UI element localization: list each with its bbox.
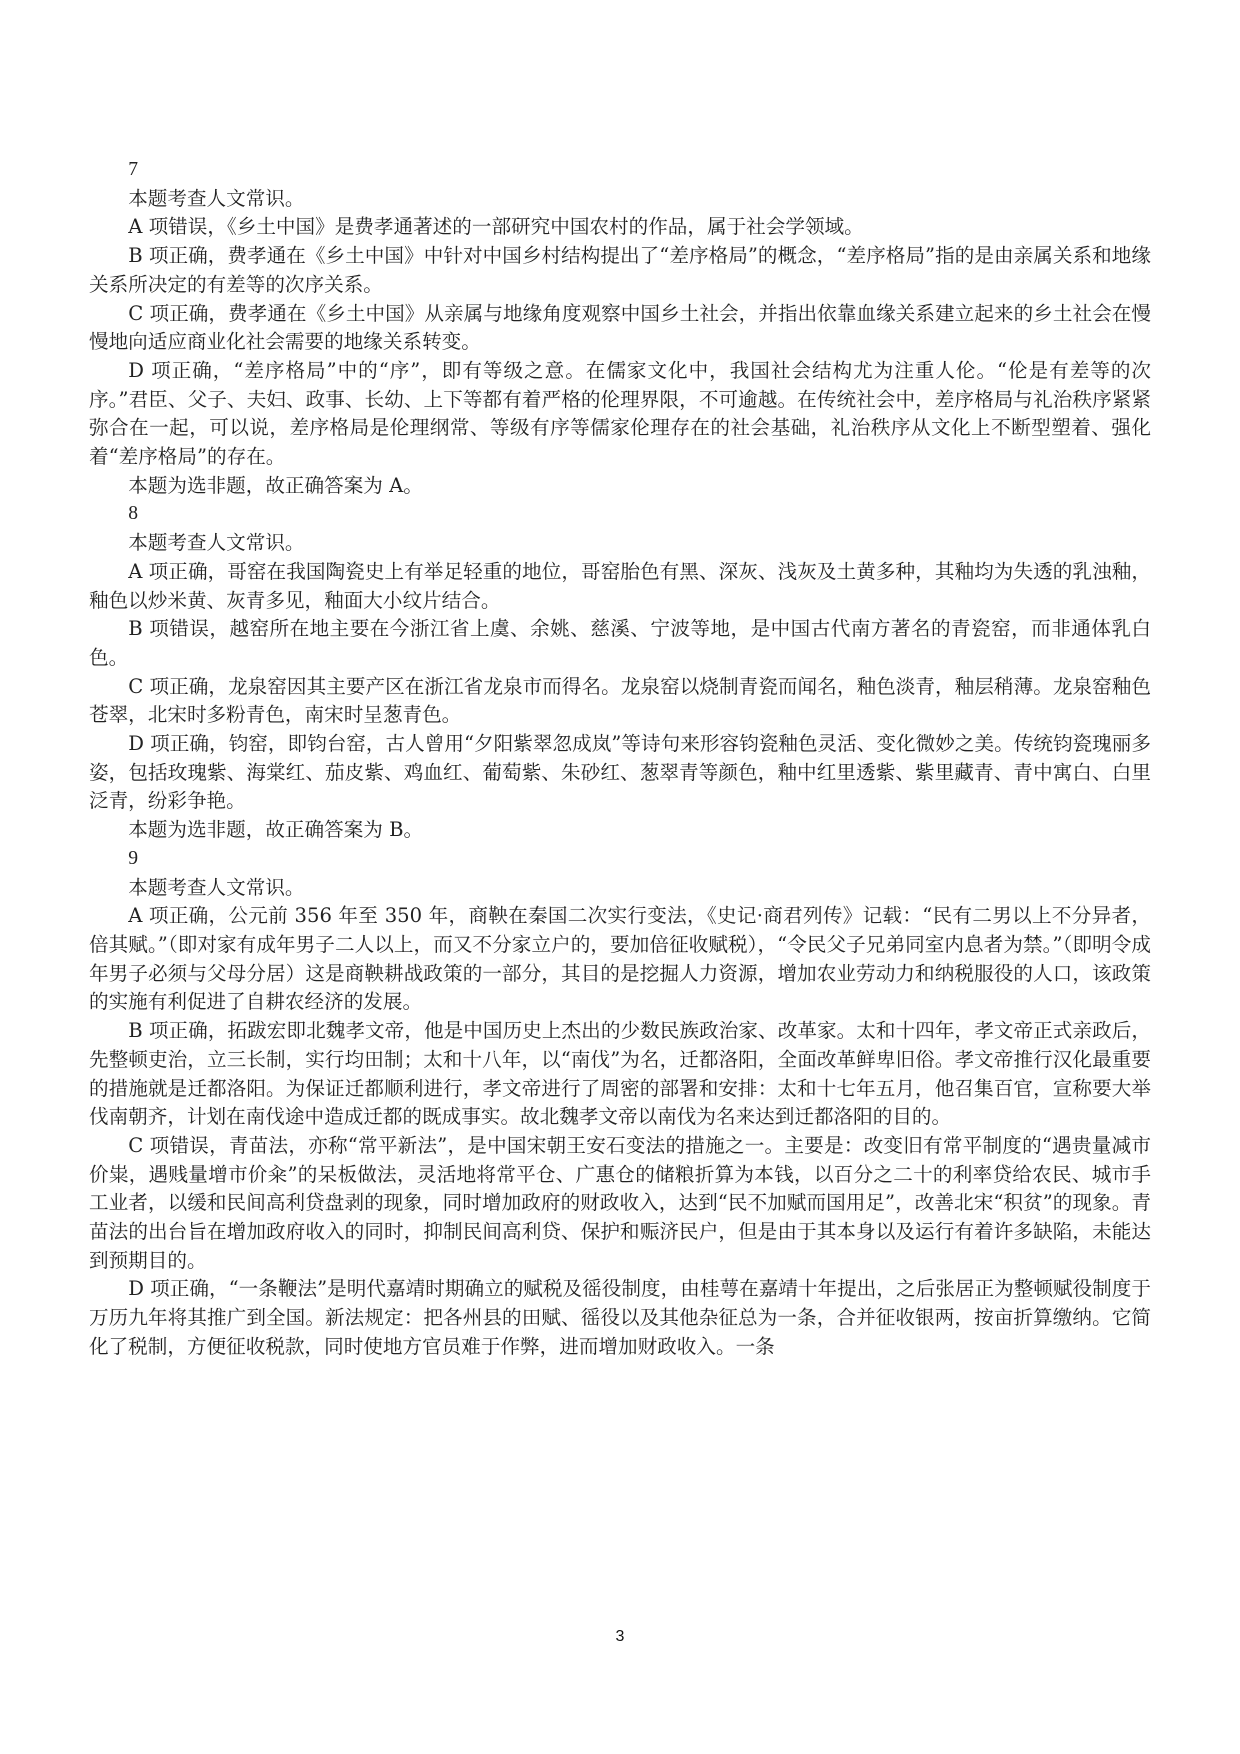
question-topic: 本题考查人文常识。: [89, 185, 1151, 214]
option-a-explanation: A 项错误，《乡土中国》是费孝通著述的一部研究中国农村的作品，属于社会学领域。: [89, 213, 1151, 242]
question-9: 9 本题考查人文常识。 A 项正确，公元前 356 年至 350 年，商鞅在秦国…: [89, 845, 1151, 1362]
option-b-explanation: B 项错误，越窑所在地主要在今浙江省上虞、余姚、慈溪、宁波等地，是中国古代南方著…: [89, 615, 1151, 672]
answer-line: 本题为选非题，故正确答案为 A。: [89, 472, 1151, 501]
question-7: 7 本题考查人文常识。 A 项错误，《乡土中国》是费孝通著述的一部研究中国农村的…: [89, 156, 1151, 500]
document-body: 7 本题考查人文常识。 A 项错误，《乡土中国》是费孝通著述的一部研究中国农村的…: [89, 156, 1151, 1362]
option-d-explanation: D 项正确，“一条鞭法”是明代嘉靖时期确立的赋税及徭役制度，由桂萼在嘉靖十年提出…: [89, 1275, 1151, 1361]
option-d-explanation: D 项正确，钧窑，即钧台窑，古人曾用“夕阳紫翠忽成岚”等诗句来形容钧瓷釉色灵活、…: [89, 730, 1151, 816]
question-topic: 本题考查人文常识。: [89, 529, 1151, 558]
option-c-explanation: C 项错误，青苗法，亦称“常平新法”，是中国宋朝王安石变法的措施之一。主要是：改…: [89, 1132, 1151, 1276]
option-c-explanation: C 项正确，费孝通在《乡土中国》从亲属与地缘角度观察中国乡土社会，并指出依靠血缘…: [89, 300, 1151, 357]
option-a-explanation: A 项正确，哥窑在我国陶瓷史上有举足轻重的地位，哥窑胎色有黑、深灰、浅灰及土黄多…: [89, 558, 1151, 615]
option-b-explanation: B 项正确，拓跋宏即北魏孝文帝，他是中国历史上杰出的少数民族政治家、改革家。太和…: [89, 1017, 1151, 1132]
question-topic: 本题考查人文常识。: [89, 874, 1151, 903]
option-a-explanation: A 项正确，公元前 356 年至 350 年，商鞅在秦国二次实行变法，《史记·商…: [89, 902, 1151, 1017]
question-number: 7: [89, 156, 1151, 185]
option-b-explanation: B 项正确，费孝通在《乡土中国》中针对中国乡村结构提出了“差序格局”的概念，“差…: [89, 242, 1151, 299]
answer-line: 本题为选非题，故正确答案为 B。: [89, 816, 1151, 845]
option-d-explanation: D 项正确，“差序格局”中的“序”，即有等级之意。在儒家文化中，我国社会结构尤为…: [89, 357, 1151, 472]
question-number: 9: [89, 845, 1151, 874]
page-number: 3: [0, 1628, 1240, 1646]
question-number: 8: [89, 500, 1151, 529]
question-8: 8 本题考查人文常识。 A 项正确，哥窑在我国陶瓷史上有举足轻重的地位，哥窑胎色…: [89, 500, 1151, 844]
option-c-explanation: C 项正确，龙泉窑因其主要产区在浙江省龙泉市而得名。龙泉窑以烧制青瓷而闻名，釉色…: [89, 673, 1151, 730]
